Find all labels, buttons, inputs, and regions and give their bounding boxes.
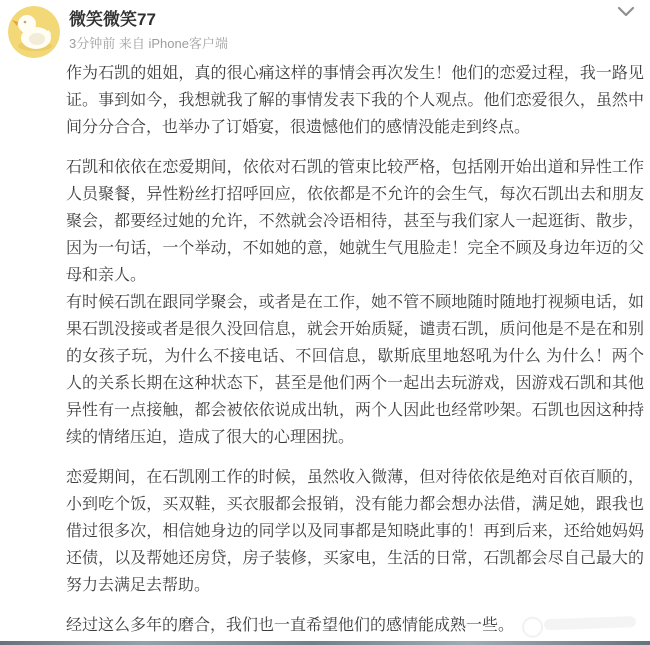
post-paragraph: 经过这么多年的磨合，我们也一直希望他们的感情能成熟一些。 [66, 612, 644, 639]
post-paragraph: 石凯和依依在恋爱期间，依依对石凯的管束比较严格，包括刚开始出道和异性工作人员聚餐… [66, 154, 644, 289]
post-meta: 3分钟前 来自 iPhone客户端 [69, 36, 228, 52]
post-body: 作为石凯的姐姐，真的很心痛这样的事情会再次发生！他们的恋爱过程，我一路见证。事到… [66, 60, 644, 639]
header-text: 微笑微笑77 3分钟前 来自 iPhone客户端 [69, 6, 228, 52]
username[interactable]: 微笑微笑77 [69, 10, 228, 30]
window-bottom-edge [0, 641, 650, 645]
chevron-down-icon [615, 1, 637, 28]
avatar[interactable] [8, 6, 60, 58]
duck-avatar-icon [8, 45, 60, 58]
post-paragraph: 恋爱期间，在石凯刚工作的时候，虽然收入微薄，但对待依依是绝对百依百顺的，小到吃个… [66, 464, 644, 599]
post-header: 微笑微笑77 3分钟前 来自 iPhone客户端 [8, 6, 642, 58]
post-paragraph: 作为石凯的姐姐，真的很心痛这样的事情会再次发生！他们的恋爱过程，我一路见证。事到… [66, 60, 644, 141]
post-paragraph: 有时候石凯在跟同学聚会，或者是在工作，她不管不顾地随时随地打视频电话，如果石凯没… [66, 289, 644, 451]
collapse-post-button[interactable] [614, 2, 638, 26]
